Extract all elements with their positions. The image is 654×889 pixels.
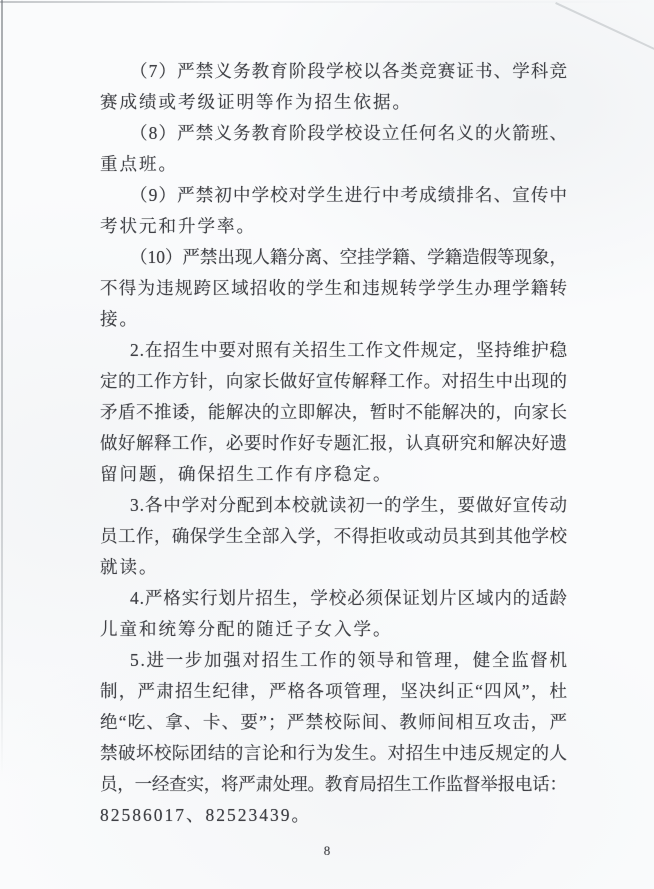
text-line: 绝“吃、拿、卡、要”；严禁校际间、教师间相互攻击，严 xyxy=(100,707,567,738)
scan-corner-crease-artifact xyxy=(555,2,654,51)
text-line: 82586017、82523439。 xyxy=(100,800,567,831)
text-line: 禁破坏校际团结的言论和行为发生。对招生中违反规定的人 xyxy=(100,738,567,769)
text-line: 留问题，确保招生工作有序稳定。 xyxy=(100,459,567,490)
text-line: 员工作，确保学生全部入学，不得拒收或动员其到其他学校 xyxy=(100,521,567,552)
text-line: 4.严格实行划片招生，学校必须保证划片区域内的适龄 xyxy=(100,583,567,614)
text-line: 接。 xyxy=(100,304,567,335)
text-line: 3.各中学对分配到本校就读初一的学生，要做好宣传动 xyxy=(100,490,567,521)
text-line: 员，一经查实，将严肃处理。教育局招生工作监督举报电话： xyxy=(100,769,567,800)
text-line: 赛成绩或考级证明等作为招生依据。 xyxy=(100,87,567,118)
text-line: 2.在招生中要对照有关招生工作文件规定，坚持维护稳 xyxy=(100,335,567,366)
text-line: 考状元和升学率。 xyxy=(100,211,567,242)
text-line: 制，严肃招生纪律，严格各项管理，坚决纠正“四风”，杜 xyxy=(100,676,567,707)
text-line: 5.进一步加强对招生工作的领导和管理，健全监督机 xyxy=(100,645,567,676)
text-line: 儿童和统筹分配的随迁子女入学。 xyxy=(100,614,567,645)
text-line: 重点班。 xyxy=(100,149,567,180)
document-body: （7）严禁义务教育阶段学校以各类竞赛证书、学科竞赛成绩或考级证明等作为招生依据。… xyxy=(100,56,567,831)
text-line: 不得为违规跨区域招收的学生和违规转学学生办理学籍转 xyxy=(100,273,567,304)
page-number: 8 xyxy=(0,843,654,859)
text-line: 矛盾不推诿，能解决的立即解决，暂时不能解决的，向家长 xyxy=(100,397,567,428)
text-line: （7）严禁义务教育阶段学校以各类竞赛证书、学科竞 xyxy=(100,56,567,87)
text-line: （10）严禁出现人籍分离、空挂学籍、学籍造假等现象， xyxy=(100,242,567,273)
text-line: 定的工作方针，向家长做好宣传解释工作。对招生中出现的 xyxy=(100,366,567,397)
text-line: 就读。 xyxy=(100,552,567,583)
text-line: （8）严禁义务教育阶段学校设立任何名义的火箭班、 xyxy=(100,118,567,149)
text-line: 做好解释工作，必要时作好专题汇报，认真研究和解决好遗 xyxy=(100,428,567,459)
scanned-document-page: （7）严禁义务教育阶段学校以各类竞赛证书、学科竞赛成绩或考级证明等作为招生依据。… xyxy=(0,0,654,889)
scan-edge-left-artifact xyxy=(1,0,3,775)
text-line: （9）严禁初中学校对学生进行中考成绩排名、宣传中 xyxy=(100,180,567,211)
